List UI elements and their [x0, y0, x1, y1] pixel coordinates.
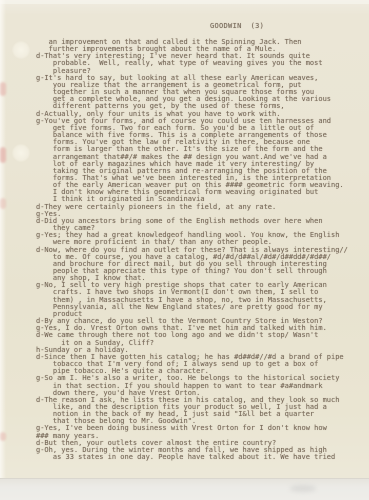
punch-hole-ghost — [12, 144, 30, 162]
punch-hole-ghost — [12, 41, 30, 59]
typescript-line: as 33 states in one day. People have tal… — [36, 454, 369, 461]
scan-pink-artifact — [0, 147, 6, 163]
page-header: GOODWIN (3) — [210, 22, 264, 30]
typescript-body: an improvement on that and called it the… — [36, 39, 369, 461]
scan-pink-artifact — [0, 198, 6, 209]
scan-pink-artifact — [0, 432, 6, 441]
scan-left-edge — [0, 0, 6, 500]
scan-smudge — [290, 485, 316, 492]
scan-bottom-strip — [0, 478, 369, 500]
scanned-typescript-page: GOODWIN (3) an improvement on that and c… — [0, 0, 369, 500]
typescript-line: Pennsylvania, all the New England states… — [36, 304, 369, 311]
scan-pink-artifact — [0, 82, 6, 96]
typescript-line: d-They were certainly pioneers in the fi… — [36, 204, 369, 211]
